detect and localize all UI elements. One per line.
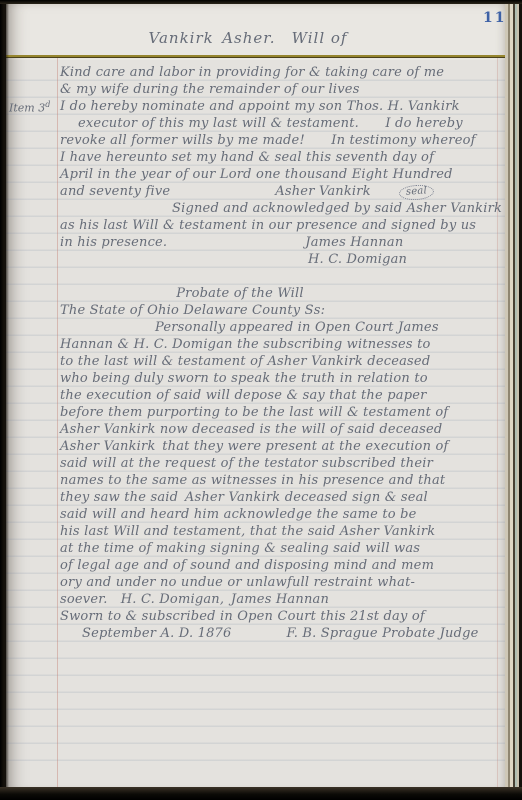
text-segment: at the time of making signing & sealing …: [60, 540, 420, 557]
text-segment: Kind care and labor in providing for & t…: [60, 64, 444, 81]
text-segment: James Hannan: [305, 234, 403, 251]
text-segment: they saw the said Asher Vankirk deceased…: [60, 489, 428, 506]
handwritten-line: and seventy fiveAsher Vankirkseal: [60, 183, 500, 200]
text-segment: as his last Will & testament in our pres…: [60, 217, 476, 234]
book-binding-edge: [0, 0, 9, 800]
handwritten-line: as his last Will & testament in our pres…: [60, 217, 500, 234]
text-segment: Asher Vankirk that they were present at …: [60, 438, 449, 455]
handwritten-line: of legal age and of sound and disposing …: [60, 557, 500, 574]
book-bottom-edge: [0, 787, 522, 800]
handwritten-line: at the time of making signing & sealing …: [60, 540, 500, 557]
text-segment: Asher Vankirk: [275, 183, 371, 200]
handwritten-line: April in the year of our Lord one thousa…: [60, 166, 500, 183]
handwritten-line: Probate of the Will: [60, 285, 500, 302]
margin-note-item-3: Item 3d: [9, 100, 55, 115]
handwritten-line: Hannan & H. C. Domigan the subscribing w…: [60, 336, 500, 353]
text-segment: said will at the request of the testator…: [60, 455, 433, 472]
text-segment: Asher Vankirk now deceased is the will o…: [60, 421, 442, 438]
handwritten-line: Signed and acknowledged by said Asher Va…: [60, 200, 500, 217]
text-segment: Sworn to & subscribed in Open Court this…: [60, 608, 425, 625]
header-rule: [6, 55, 506, 58]
text-segment: executor of this my last will & testamen…: [78, 115, 463, 132]
text-segment: Hannan & H. C. Domigan the subscribing w…: [60, 336, 431, 353]
text-segment: Signed and acknowledged by said Asher Va…: [172, 200, 502, 217]
text-segment: Personally appeared in Open Court James: [155, 319, 439, 336]
text-segment: Probate of the Will: [176, 285, 304, 302]
seal-mark: seal: [398, 184, 434, 201]
handwritten-line: Kind care and labor in providing for & t…: [60, 64, 500, 81]
text-segment: soever. H. C. Domigan, James Hannan: [60, 591, 329, 608]
handwritten-line: revoke all former wills by me made! In t…: [60, 132, 500, 149]
handwritten-line: before them purporting to be the last wi…: [60, 404, 500, 421]
text-segment: of legal age and of sound and disposing …: [60, 557, 434, 574]
handwritten-line: ory and under no undue or unlawfull rest…: [60, 574, 500, 591]
handwritten-line: in his presence.James Hannan: [60, 234, 500, 251]
text-segment: the execution of said will depose & say …: [60, 387, 427, 404]
handwritten-line: The State of Ohio Delaware County Ss:: [60, 302, 500, 319]
handwritten-line: September A. D. 1876F. B. Sprague Probat…: [60, 625, 500, 642]
text-segment: September A. D. 1876: [82, 625, 232, 642]
handwritten-line: I do hereby nominate and appoint my son …: [60, 98, 500, 115]
handwritten-line: they saw the said Asher Vankirk deceased…: [60, 489, 500, 506]
text-segment: before them purporting to be the last wi…: [60, 404, 448, 421]
handwritten-line: the execution of said will depose & say …: [60, 387, 500, 404]
handwritten-line: executor of this my last will & testamen…: [60, 115, 500, 132]
handwritten-line: to the last will & testament of Asher Va…: [60, 353, 500, 370]
text-segment: H. C. Domigan: [308, 251, 407, 268]
handwritten-line: Personally appeared in Open Court James: [60, 319, 500, 336]
page-number: 11: [483, 10, 506, 26]
left-margin-line: [57, 58, 58, 787]
text-segment: and seventy five: [60, 183, 170, 200]
text-segment: revoke all former wills by me made! In t…: [60, 132, 476, 149]
ledger-book: 11 Vankirk Asher. Will of Item 3d Kind c…: [0, 0, 522, 800]
text-segment: to the last will & testament of Asher Va…: [60, 353, 430, 370]
text-segment: F. B. Sprague Probate Judge: [287, 625, 479, 642]
text-segment: ory and under no undue or unlawfull rest…: [60, 574, 415, 591]
text-segment: I do hereby nominate and appoint my son …: [60, 98, 460, 115]
text-segment: in his presence.: [60, 234, 167, 251]
handwritten-line: & my wife during the remainder of our li…: [60, 81, 500, 98]
text-segment: who being duly sworn to speak the truth …: [60, 370, 428, 387]
text-segment: The State of Ohio Delaware County Ss:: [60, 302, 325, 319]
margin-note-label: Item 3: [9, 102, 45, 115]
handwritten-line: Sworn to & subscribed in Open Court this…: [60, 608, 500, 625]
book-top-edge: [0, 0, 522, 4]
text-segment: April in the year of our Lord one thousa…: [60, 166, 453, 183]
handwritten-line: who being duly sworn to speak the truth …: [60, 370, 500, 387]
handwritten-line: I have hereunto set my hand & seal this …: [60, 149, 500, 166]
handwritten-line: his last Will and testament, that the sa…: [60, 523, 500, 540]
text-segment: I have hereunto set my hand & seal this …: [60, 149, 434, 166]
text-segment: & my wife during the remainder of our li…: [60, 81, 360, 98]
handwritten-text-block: Kind care and labor in providing for & t…: [60, 64, 500, 642]
page-title: Vankirk Asher. Will of: [48, 29, 448, 47]
handwritten-line: soever. H. C. Domigan, James Hannan: [60, 591, 500, 608]
page-edge-stack: [505, 0, 522, 800]
handwritten-line: Asher Vankirk now deceased is the will o…: [60, 421, 500, 438]
handwritten-line: said will and heard him acknowledge the …: [60, 506, 500, 523]
handwritten-line: Asher Vankirk that they were present at …: [60, 438, 500, 455]
handwritten-line: [60, 268, 500, 285]
margin-note-ordinal: d: [45, 100, 50, 109]
handwritten-line: H. C. Domigan: [60, 251, 500, 268]
handwritten-line: said will at the request of the testator…: [60, 455, 500, 472]
text-segment: names to the same as witnesses in his pr…: [60, 472, 445, 489]
text-segment: said will and heard him acknowledge the …: [60, 506, 417, 523]
text-segment: his last Will and testament, that the sa…: [60, 523, 435, 540]
handwritten-line: names to the same as witnesses in his pr…: [60, 472, 500, 489]
